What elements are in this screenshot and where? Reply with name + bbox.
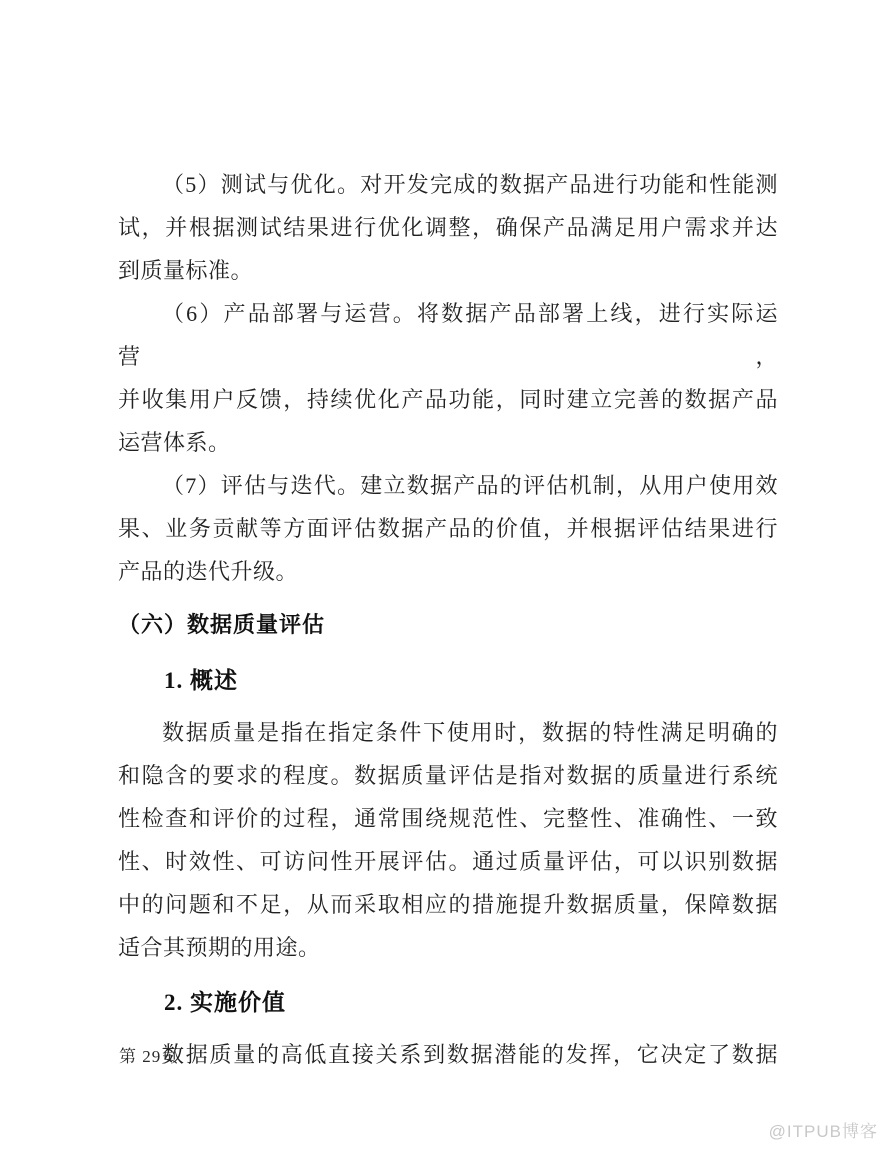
page-number: 第 29页	[119, 1042, 179, 1067]
paragraph-line: 产品的迭代升级。	[118, 550, 778, 593]
paragraph-7: （7）评估与迭代。建立数据产品的评估机制，从用户使用效 果、业务贡献等方面评估数…	[118, 464, 778, 593]
paragraph-line: （6）产品部署与运营。将数据产品部署上线，进行实际运营，	[118, 292, 778, 378]
document-page: （5）测试与优化。对开发完成的数据产品进行功能和性能测 试，并根据测试结果进行优…	[0, 0, 890, 1151]
paragraph-line: （7）评估与迭代。建立数据产品的评估机制，从用户使用效	[118, 464, 778, 507]
paragraph-line: 和隐含的要求的程度。数据质量评估是指对数据的质量进行系统	[118, 754, 778, 797]
paragraph-line: （5）测试与优化。对开发完成的数据产品进行功能和性能测	[118, 163, 778, 206]
paragraph-line: 到质量标准。	[118, 249, 778, 292]
paragraph-line: 并收集用户反馈，持续优化产品功能，同时建立完善的数据产品	[118, 378, 778, 421]
document-body: （5）测试与优化。对开发完成的数据产品进行功能和性能测 试，并根据测试结果进行优…	[118, 163, 778, 1076]
paragraph-overview: 数据质量是指在指定条件下使用时，数据的特性满足明确的 和隐含的要求的程度。数据质…	[118, 711, 778, 969]
paragraph-line: 运营体系。	[118, 421, 778, 464]
subheading-2-value: 2. 实施价值	[118, 981, 778, 1025]
paragraph-line: 适合其预期的用途。	[118, 926, 778, 969]
paragraph-line: 果、业务贡献等方面评估数据产品的价值，并根据评估结果进行	[118, 507, 778, 550]
paragraph-line: 中的问题和不足，从而采取相应的措施提升数据质量，保障数据	[118, 883, 778, 926]
subheading-1-overview: 1. 概述	[118, 659, 778, 703]
paragraph-5: （5）测试与优化。对开发完成的数据产品进行功能和性能测 试，并根据测试结果进行优…	[118, 163, 778, 292]
paragraph-line: 数据质量的高低直接关系到数据潜能的发挥，它决定了数据	[118, 1033, 778, 1076]
section-heading-six: （六）数据质量评估	[118, 603, 778, 647]
paragraph-line: 数据质量是指在指定条件下使用时，数据的特性满足明确的	[118, 711, 778, 754]
paragraph-value: 数据质量的高低直接关系到数据潜能的发挥，它决定了数据	[118, 1033, 778, 1076]
paragraph-line: 性、时效性、可访问性开展评估。通过质量评估，可以识别数据	[118, 840, 778, 883]
paragraph-6: （6）产品部署与运营。将数据产品部署上线，进行实际运营， 并收集用户反馈，持续优…	[118, 292, 778, 464]
paragraph-line: 性检查和评价的过程，通常围绕规范性、完整性、准确性、一致	[118, 797, 778, 840]
paragraph-line: 试，并根据测试结果进行优化调整，确保产品满足用户需求并达	[118, 206, 778, 249]
watermark: @ITPUB博客	[769, 1117, 878, 1142]
